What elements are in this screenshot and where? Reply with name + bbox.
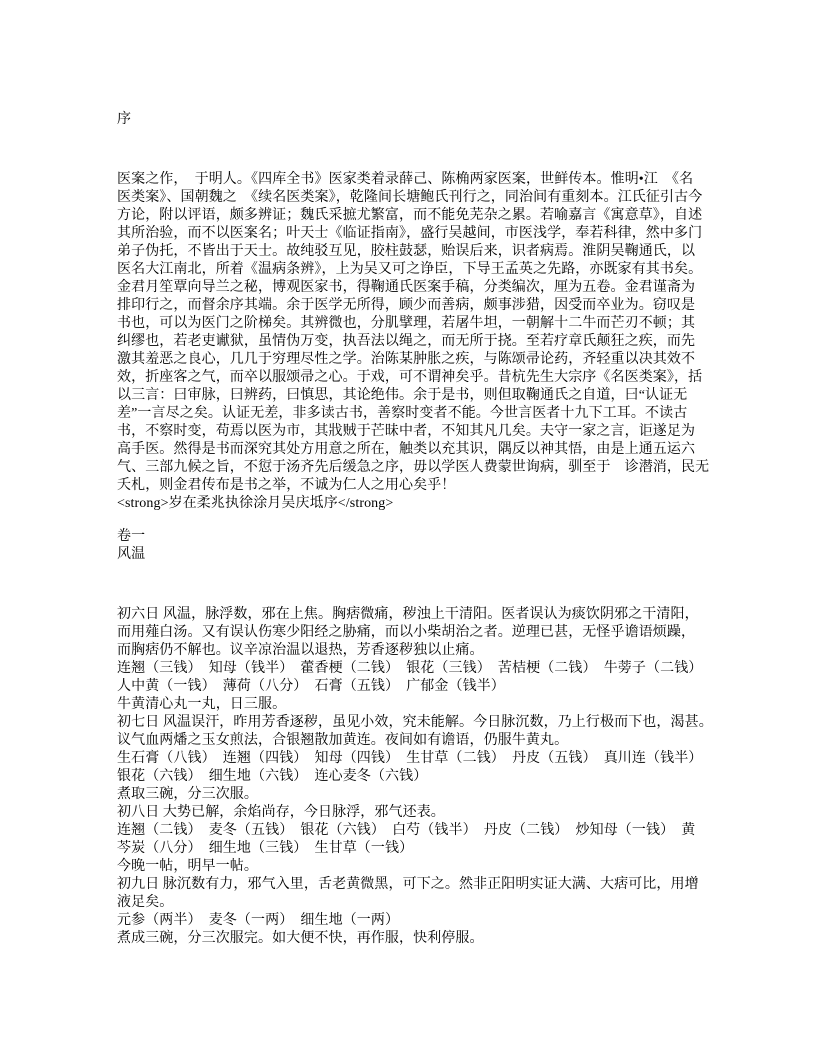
text-line: 激其羞恶之良心，几几于穷理尽性之学。治陈某肿胀之疾，与陈颂帚论药，齐轻重以决其效… <box>117 351 720 369</box>
preface-heading: 序 <box>117 111 720 129</box>
text-line: 初七日 风温误汗，昨用芳香逐秽，虽见小效，究未能解。今日脉沉数，乃上行极而下也，… <box>117 714 720 732</box>
text-line: 连翘（三钱） 知母（钱半） 藿香梗（二钱） 银花（三钱） 苦桔梗（二钱） 牛蒡子… <box>117 660 720 678</box>
text-line: 生石膏（八钱） 连翘（四钱） 知母（四钱） 生甘草（二钱） 丹皮（五钱） 真川连… <box>117 750 720 768</box>
text-line: 气、三部九候之旨，不愆于汤齐先后缓急之序，毋以学医人费蒙世询病，驯至于 诊潜消，… <box>117 459 720 477</box>
text-line: 医类案》、国朝魏之 《续名医类案》，乾隆间长塘鲍氏刊行之，同治间有重刻本。江氏征… <box>117 189 720 207</box>
text-line: 弟子伪托，不皆出于天士。故纯驳互见，胶柱鼓瑟，贻误后来，识者病焉。淮阴吴鞠通氏，… <box>117 243 720 261</box>
text-line: 银花（六钱） 细生地（六钱） 连心麦冬（六钱） <box>117 768 720 786</box>
text-line: 书也，可以为医门之阶梯矣。其辨微也，分肌擘理，若屠牛坦，一朝解十二牛而芒刃不顿；… <box>117 315 720 333</box>
text-line: 金君月笙覃向导兰之秘，博观医家书，得鞠通氏医案手稿，分类编次，厘为五卷。金君谨斋… <box>117 279 720 297</box>
text-line: 高手医。然得是书而深究其处方用意之所在，触类以充其识，隅反以神其悟，由是上通五运… <box>117 441 720 459</box>
text-line: 而用薤白汤。又有误认伤寒少阳经之胁痛，而以小柴胡治之者。逆理已甚，无怪乎谵语烦躁… <box>117 624 720 642</box>
text-line: 液足矣。 <box>117 894 720 912</box>
text-line: 效，折座客之气，而卒以服颂帚之心。于戏，可不谓神矣乎。昔杭先生大宗序《名医类案》… <box>117 369 720 387</box>
text-line: 方论，附以评语，颇多辨证；魏氏采摭尤繁富，而不能免芜杂之累。若喻嘉言《寓意草》，… <box>117 207 720 225</box>
text-line: 医案之作， 于明人。《四库全书》医家类着录薛己、陈桷两家医案，世鲜传本。惟明•江… <box>117 171 720 189</box>
text-line: 医名大江南北，所着《温病条辨》，上为吴又可之诤臣，下导王孟英之先路，亦既家有其书… <box>117 261 720 279</box>
text-line: 风温 <box>117 546 720 564</box>
preface-paragraph: 医案之作， 于明人。《四库全书》医家类着录薛己、陈桷两家医案，世鲜传本。惟明•江… <box>117 171 720 513</box>
text-line: 初六日 风温，脉浮数，邪在上焦。胸痞微痛，秽浊上干清阳。医者误认为痰饮阴邪之干清… <box>117 606 720 624</box>
text-line: 初八日 大势已解，余焰尚存，今日脉浮，邪气还表。 <box>117 804 720 822</box>
text-line: 纠缪也，若老吏谳狱，虽情伪万变，执吾法以绳之，而无所于挠。至若疗章氏颠狂之疾，而… <box>117 333 720 351</box>
case-record-paragraph: 初六日 风温，脉浮数，邪在上焦。胸痞微痛，秽浊上干清阳。医者误认为痰饮阴邪之干清… <box>117 606 720 948</box>
text-line: 芩炭（八分） 细生地（三钱） 生甘草（一钱） <box>117 840 720 858</box>
text-line: 议气血两燔之玉女煎法，合银翘散加黄连。夜间如有谵语，仍服牛黄丸。 <box>117 732 720 750</box>
text-line: 初九日 脉沉数有力，邪气入里，舌老黄微黑，可下之。然非正阳明实证大满、大痞可比，… <box>117 876 720 894</box>
text-line: 书，不察时变，苟焉以医为市，其戕贼于芒昧中者，不知其凡几矣。夫守一家之言，讵遂足… <box>117 423 720 441</box>
text-line: 元参（两半） 麦冬（一两） 细生地（一两） <box>117 912 720 930</box>
text-line: 今晚一帖，明早一帖。 <box>117 858 720 876</box>
text-line: 卷一 <box>117 528 720 546</box>
text-line: 煮成三碗，分三次服完。如大便不快，再作服，快利停服。 <box>117 930 720 948</box>
text-line: 其所治验，而不以医案名；叶天士《临证指南》，盛行吴越间，市医浅学，奉若科律，然中… <box>117 225 720 243</box>
text-line: 排印行之，而督余序其端。余于医学无所得，顾少而善病，颇事涉猎，因受而卒业为。窃叹… <box>117 297 720 315</box>
volume-heading: 卷一风温 <box>117 528 720 564</box>
text-line: 而胸痞仍不解也。议辛凉治温以退热，芳香逐秽独以止痛。 <box>117 642 720 660</box>
text-line: 煮取三碗，分三次服。 <box>117 786 720 804</box>
text-line: 人中黄（一钱） 薄荷（八分） 石膏（五钱） 广郁金（钱半） <box>117 678 720 696</box>
text-line: 夭札，则金君传布是书之举，不诚为仁人之用心矣乎！ <box>117 477 720 495</box>
text-line: 以三言：曰审脉，曰辨药，曰慎思，其论绝伟。余于是书，则但取鞠通氏之自道，曰“认证… <box>117 387 720 405</box>
text-line: 牛黄清心丸一丸，日三服。 <box>117 696 720 714</box>
document-page: 序 医案之作， 于明人。《四库全书》医家类着录薛己、陈桷两家医案，世鲜传本。惟明… <box>0 0 816 1056</box>
text-line: <strong>岁在柔兆执徐涂月吴庆坻序</strong> <box>117 495 720 513</box>
text-line: 差”一言尽之矣。认证无差，非多读古书，善察时变者不能。今世言医者十九下工耳。不读… <box>117 405 720 423</box>
text-line: 连翘（二钱） 麦冬（五钱） 银花（六钱） 白芍（钱半） 丹皮（二钱） 炒知母（一… <box>117 822 720 840</box>
